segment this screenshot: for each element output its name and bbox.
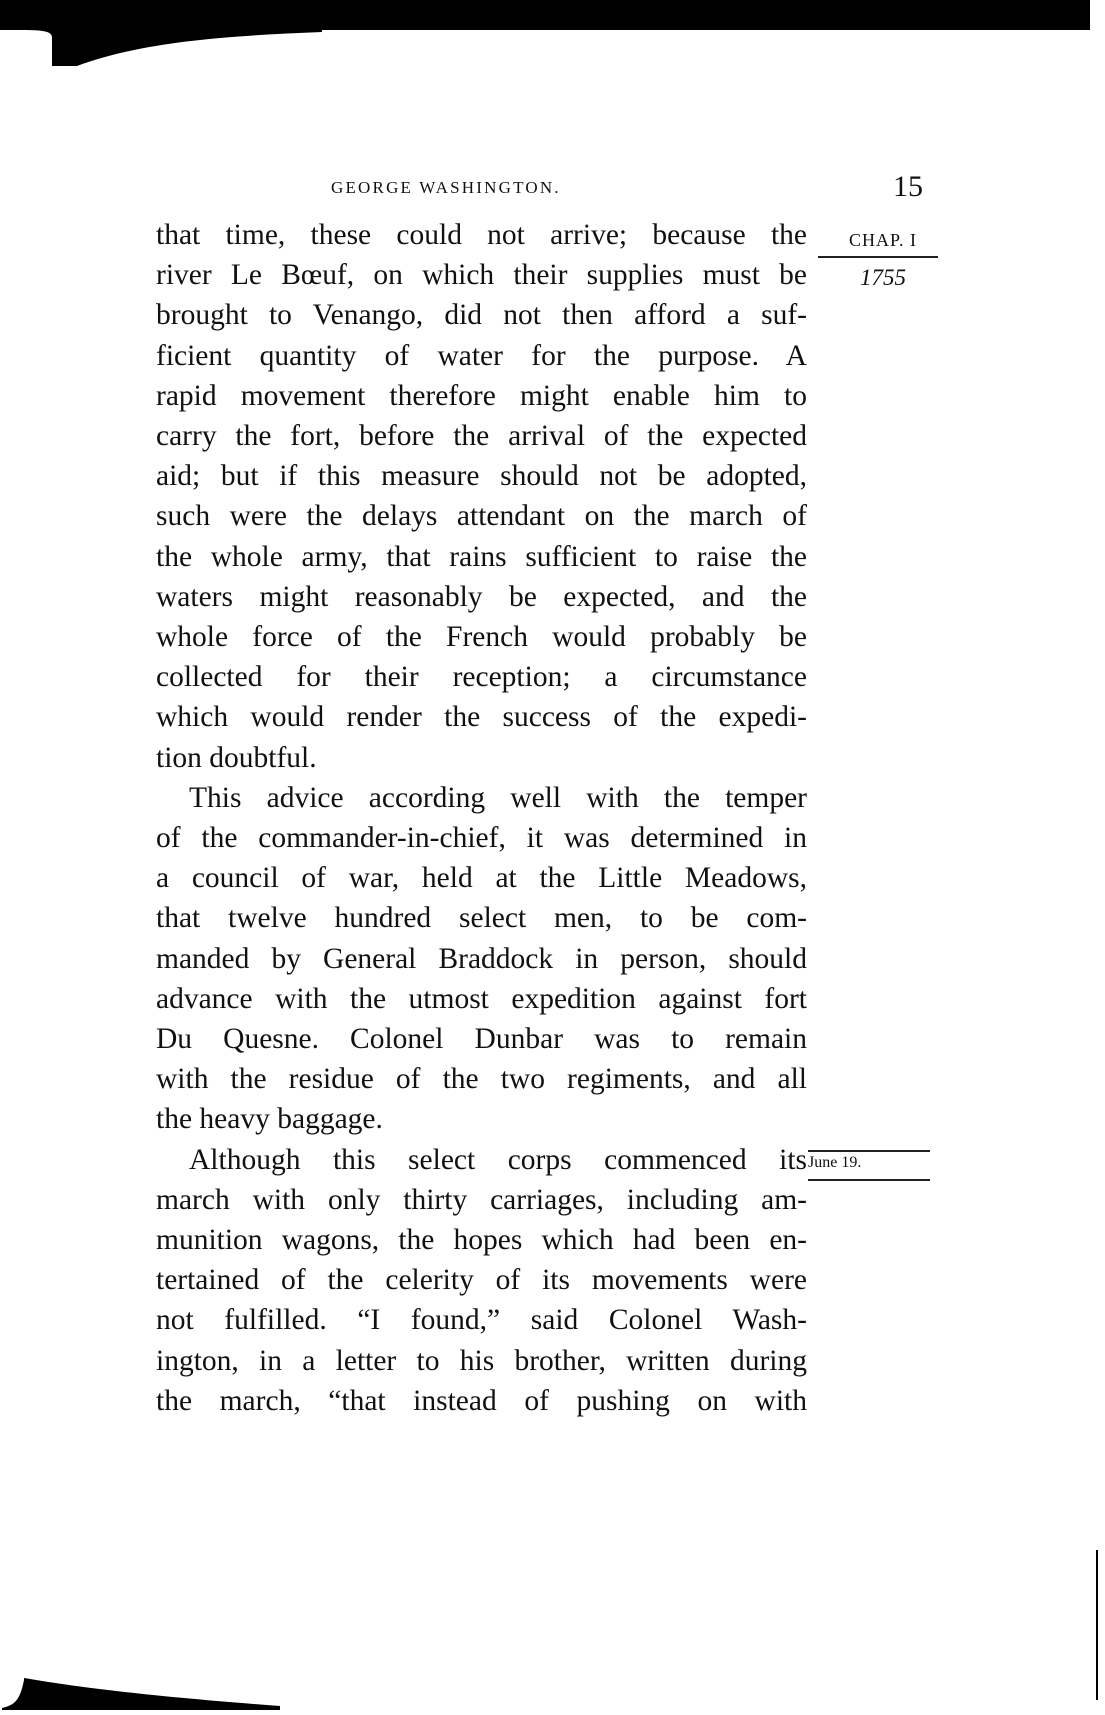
text-line: that time, these could not arrive; becau… xyxy=(156,215,807,255)
margin-date: June 19. xyxy=(808,1154,928,1172)
text-line: river Le Bœuf, on which their supplies m… xyxy=(156,255,807,295)
scan-bottom-edge-smudge xyxy=(0,1650,280,1710)
text-line: tion doubtful. xyxy=(156,738,807,778)
text-line: that twelve hundred select men, to be co… xyxy=(156,898,807,938)
text-line: munition wagons, the hopes which had bee… xyxy=(156,1220,807,1260)
text-line: advance with the utmost expedition again… xyxy=(156,979,807,1019)
body-text: that time, these could not arrive; becau… xyxy=(156,215,807,1421)
text-line: ficient quantity of water for the purpos… xyxy=(156,336,807,376)
text-line: of the commander-in-chief, it was determ… xyxy=(156,818,807,858)
text-line: tertained of the celerity of its movemen… xyxy=(156,1260,807,1300)
scan-top-edge-curl xyxy=(22,28,322,66)
text-line: the march, “that instead of pushing on w… xyxy=(156,1381,807,1421)
text-line: This advice according well with the temp… xyxy=(156,778,807,818)
running-title: GEORGE WASHINGTON. xyxy=(331,178,561,198)
text-line: march with only thirty carriages, includ… xyxy=(156,1180,807,1220)
text-line: the whole army, that rains sufficient to… xyxy=(156,537,807,577)
text-line: ington, in a letter to his brother, writ… xyxy=(156,1341,807,1381)
text-line: rapid movement therefore might enable hi… xyxy=(156,376,807,416)
scan-top-edge-shadow xyxy=(0,0,1090,30)
text-line: whole force of the French would probably… xyxy=(156,617,807,657)
text-line: such were the delays attendant on the ma… xyxy=(156,496,807,536)
text-line: aid; but if this measure should not be a… xyxy=(156,456,807,496)
text-line: collected for their reception; a circums… xyxy=(156,657,807,697)
text-line: carry the fort, before the arrival of th… xyxy=(156,416,807,456)
text-line: with the residue of the two regiments, a… xyxy=(156,1059,807,1099)
text-line: brought to Venango, did not then afford … xyxy=(156,295,807,335)
margin-rule xyxy=(808,1150,930,1152)
scan-right-edge-line xyxy=(1096,1550,1098,1700)
page-number: 15 xyxy=(893,170,923,204)
text-line: a council of war, held at the Little Mea… xyxy=(156,858,807,898)
text-line: manded by General Braddock in person, sh… xyxy=(156,939,807,979)
margin-year: 1755 xyxy=(828,265,938,291)
text-line: which would render the success of the ex… xyxy=(156,697,807,737)
margin-rule xyxy=(818,256,938,258)
text-line: waters might reasonably be expected, and… xyxy=(156,577,807,617)
text-line: not fulfilled. “I found,” said Colonel W… xyxy=(156,1300,807,1340)
margin-chapter-label: CHAP. I xyxy=(828,230,938,251)
text-line: Du Quesne. Colonel Dunbar was to remain xyxy=(156,1019,807,1059)
text-line: Although this select corps commenced its xyxy=(156,1140,807,1180)
text-line: the heavy baggage. xyxy=(156,1099,807,1139)
margin-rule xyxy=(808,1179,930,1181)
